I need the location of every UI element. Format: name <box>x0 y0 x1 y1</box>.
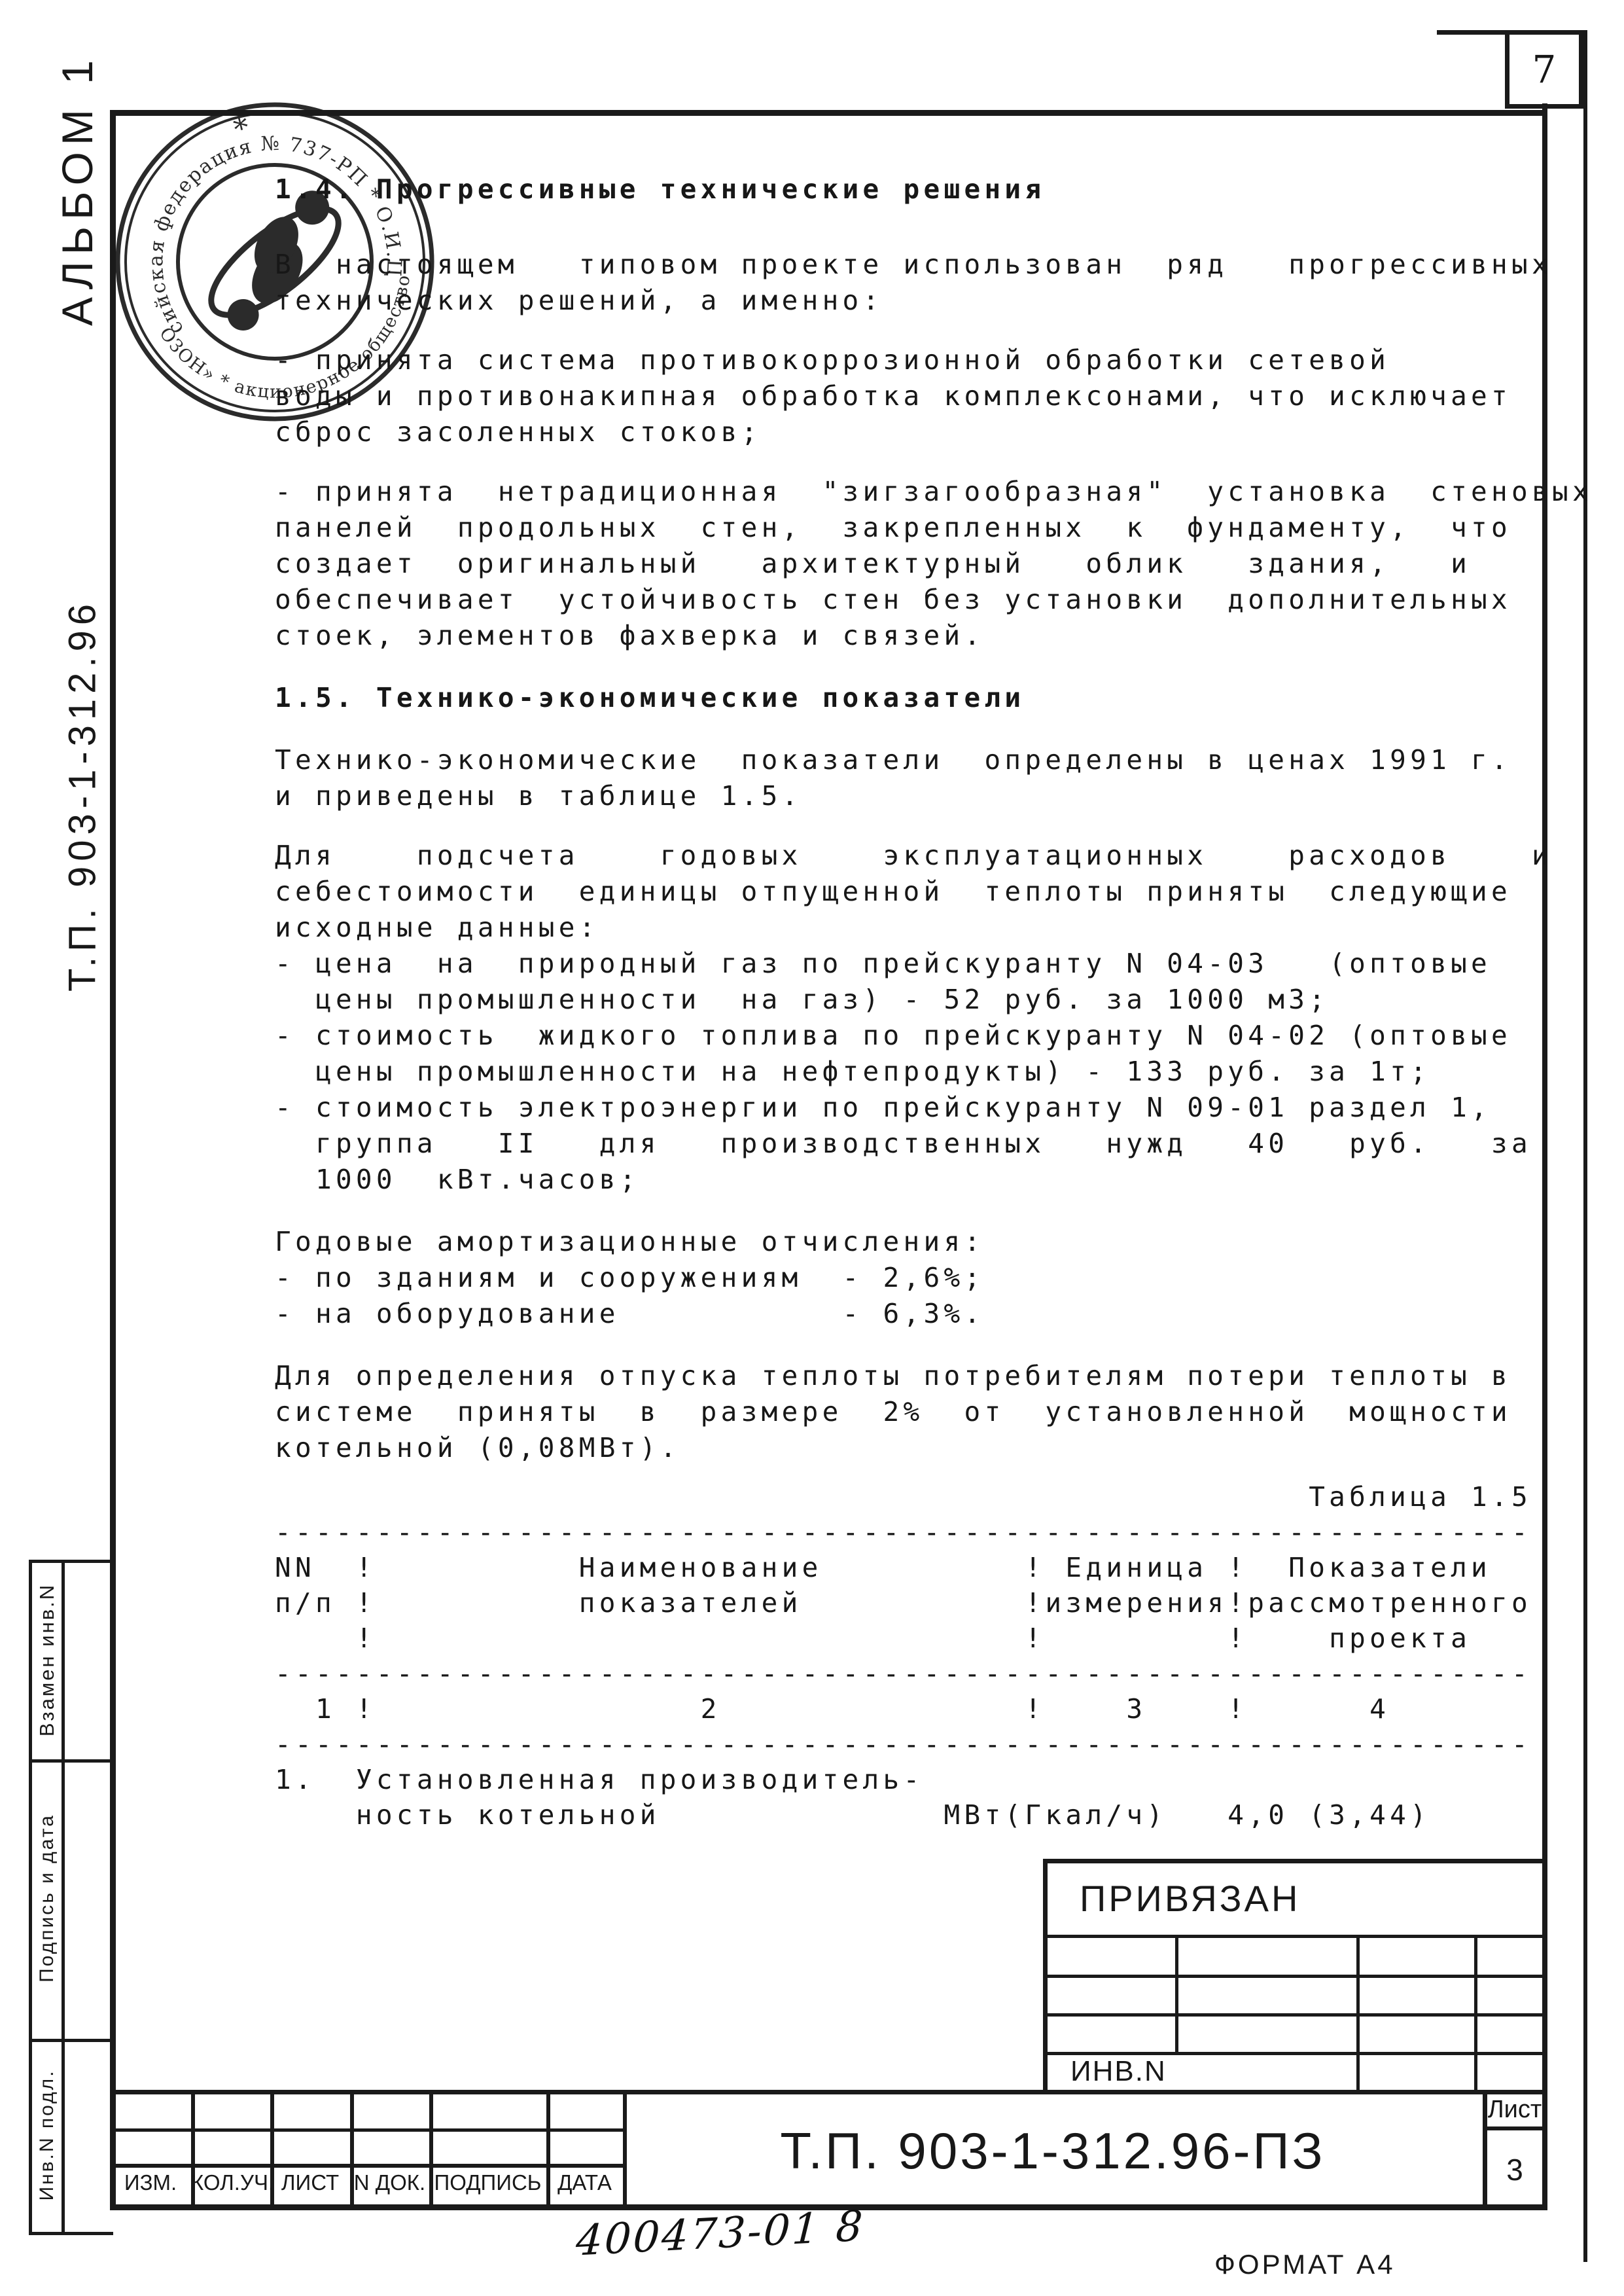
margin-strip-line <box>29 2039 113 2042</box>
margin-strip-line <box>62 1560 65 2235</box>
titleblock-line <box>110 2128 626 2132</box>
margin-strip-line <box>29 1560 32 2235</box>
page-number: 7 <box>1532 47 1557 92</box>
section-1-5-heading: 1.5. Технико-экономические показатели <box>275 680 1593 716</box>
privyazan-box-line <box>1043 2013 1547 2017</box>
privyazan-stamp-label: ПРИВЯЗАН <box>1080 1877 1300 1920</box>
privyazan-box-line <box>1175 1935 1178 2055</box>
margin-project-code-label: Т.П. 903-1-312.96 <box>61 599 105 992</box>
titleblock-col-list: ЛИСТ <box>270 2170 350 2195</box>
page-number-box: 7 <box>1505 30 1583 109</box>
privyazan-inv-label: ИНВ.N <box>1070 2055 1167 2088</box>
document-body: 1.4. Прогрессивные технические решения В… <box>275 171 1593 1833</box>
titleblock-sheet-label: Лист <box>1483 2096 1547 2124</box>
margin-strip-line <box>29 1560 113 1563</box>
privyazan-box-line <box>1043 1975 1547 1978</box>
titleblock-line <box>110 2164 626 2168</box>
paragraph-intro: В настоящем типовом проекте использован … <box>275 247 1593 319</box>
titleblock-col-podpis: ПОДПИСЬ <box>429 2170 546 2195</box>
titleblock-col-izm: ИЗМ. <box>110 2170 191 2195</box>
table-1-5: Таблица 1.5 ----------------------------… <box>275 1479 1593 1833</box>
document-sheet: 7 российская федерация № 737-РП * О.И.Ц.… <box>0 0 1624 2296</box>
privyazan-box-line <box>1043 1859 1547 1863</box>
titleblock-col-ndok: N ДОК. <box>350 2170 429 2195</box>
titleblock-col-koluch: КОЛ.УЧ. <box>191 2170 270 2195</box>
format-a4-label: ФОРМАТ А4 <box>1214 2249 1396 2280</box>
margin-inv-podl-label: Инв.N подл. <box>36 2069 58 2200</box>
section-1-4-heading: 1.4. Прогрессивные технические решения <box>275 171 1593 207</box>
paragraph-zigzag: - принята нетрадиционная "зигзагообразна… <box>275 474 1593 654</box>
privyazan-box-line <box>1356 1935 1360 2090</box>
privyazan-box-line <box>1474 1935 1477 2090</box>
paragraph-anticorrosion: - принята система противокоррозионной об… <box>275 342 1593 450</box>
paragraph-heat-losses: Для определения отпуска теплоты потребит… <box>275 1358 1593 1466</box>
margin-strip-line <box>29 1759 113 1763</box>
margin-album-label: АЛЬБОМ 1 <box>52 54 102 326</box>
margin-strip-line <box>29 2232 113 2235</box>
titleblock-sheet-number: 3 <box>1483 2152 1547 2187</box>
margin-vzamen-inv-label: Взамен инв.N <box>35 1583 59 1736</box>
titleblock-line <box>1483 2126 1547 2130</box>
paragraph-input-data: Для подсчета годовых эксплуатационных ра… <box>275 838 1593 1198</box>
margin-podpis-data-label: Подпись и дата <box>36 1814 58 1982</box>
privyazan-box-line <box>1043 1935 1547 1938</box>
titleblock-document-code: Т.П. 903-1-312.96-ПЗ <box>623 2121 1483 2181</box>
handwritten-order-number: 400473-01 8 <box>574 2202 866 2265</box>
titleblock-line <box>110 2090 1547 2094</box>
titleblock-col-data: ДАТА <box>546 2170 623 2195</box>
paragraph-prices-1991: Технико-экономические показатели определ… <box>275 742 1593 814</box>
top-right-line <box>1437 30 1509 35</box>
paragraph-amortization: Годовые амортизационные отчисления: - по… <box>275 1224 1593 1332</box>
